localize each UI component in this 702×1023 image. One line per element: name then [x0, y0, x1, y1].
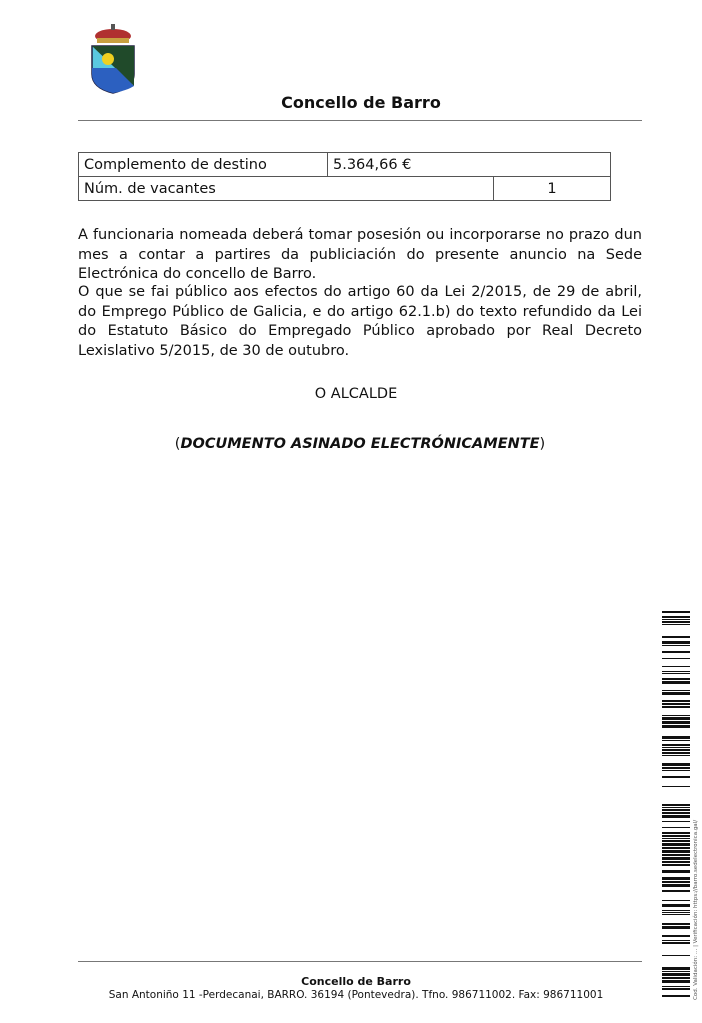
- footer-address: San Antoniño 11 -Perdecanai, BARRO. 3619…: [0, 989, 702, 1001]
- table-row: Complemento de destino 5.364,66 €: [79, 153, 611, 177]
- verification-text: Cod. Validación: … | Verificación: https…: [693, 820, 699, 1000]
- table-cell-value: 5.364,66 €: [328, 153, 611, 177]
- table-cell-label: Núm. de vacantes: [79, 177, 494, 201]
- signature-notice-text: DOCUMENTO ASINADO ELECTRÓNICAMENTE: [180, 436, 539, 452]
- paragraph-posesion: A funcionaria nomeada deberá tomar poses…: [78, 226, 642, 285]
- table-row: Núm. de vacantes 1: [79, 177, 611, 201]
- coat-of-arms-icon: [86, 24, 140, 94]
- signature-notice: (DOCUMENTO ASINADO ELECTRÓNICAMENTE): [0, 436, 702, 452]
- page-title: Concello de Barro: [0, 93, 702, 112]
- signatory-label: O ALCALDE: [0, 386, 702, 402]
- barcode-icon: [662, 611, 690, 997]
- info-table: Complemento de destino 5.364,66 € Núm. d…: [78, 152, 611, 201]
- table-cell-value: 1: [494, 177, 611, 201]
- header-divider: [78, 120, 642, 121]
- footer-title: Concello de Barro: [0, 975, 702, 988]
- footer-divider: [78, 961, 642, 962]
- table-cell-label: Complemento de destino: [79, 153, 328, 177]
- paragraph-legal-basis: O que se fai público aos efectos do arti…: [78, 283, 642, 361]
